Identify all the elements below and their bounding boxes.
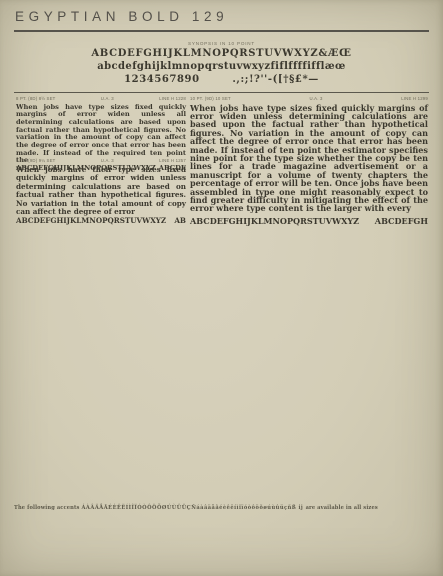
specimen-ua-label: U.A. 3 — [309, 96, 322, 101]
specimen-ua-label: U.A. 3 — [101, 158, 114, 163]
specimen-size-label: 10 PT. (9D) 10 SET — [190, 96, 231, 101]
synopsis-lowercase-line: abcdefghijklmnopqrstuvwxyzfiflffffifflæœ — [0, 61, 443, 72]
synopsis-uppercase-line: ABCDEFGHIJKLMNOPQRSTUVWXYZ&ÆŒ — [0, 48, 443, 59]
accents-availability-note: The following accents ÁÀÂÄÅÃÉÈÊËÍÌÎÏÓÒÔÖ… — [14, 505, 429, 511]
synopsis-figures-line: 1234567890 .,:;!?''-([†§£*— — [0, 74, 443, 85]
synopsis-rule — [14, 92, 429, 93]
specimen-size-label: 9 PT. (9D) 9¼ SET — [16, 158, 55, 163]
specimen-line-label: LINE H 1228 — [159, 96, 186, 101]
specimen-alphabet-line: ABCDEFGHIJKLMNOPQRSTUVWXYZ AB — [16, 217, 186, 226]
specimen-paragraph: When jobs have their type sizes fixed qu… — [16, 166, 186, 217]
specimen-header: 10 PT. (9D) 10 SET U.A. 3 LINE H 1299 — [190, 96, 428, 101]
specimen-section-10pt: 10 PT. (9D) 10 SET U.A. 3 LINE H 1299 Wh… — [190, 96, 428, 225]
specimen-line-label: LINE H 1299 — [401, 96, 428, 101]
specimen-header: 9 PT. (9D) 9¼ SET U.A. 3 LINE H 1257 — [16, 158, 186, 163]
specimen-paragraph: When jobs have type sizes fixed quickly … — [190, 104, 428, 213]
specimen-paragraph: When jobs have type sizes fixed quickly … — [16, 104, 186, 166]
synopsis-caption: SYNOPSIS IN 10 POINT — [0, 41, 443, 46]
specimen-header: 8 PT. (8D) 8½ SET U.A. 3 LINE H 1228 — [16, 96, 186, 101]
specimen-line-label: LINE H 1257 — [159, 158, 186, 163]
accents-note-suffix: are available in all sizes — [306, 505, 378, 511]
specimen-section-9pt: 9 PT. (9D) 9¼ SET U.A. 3 LINE H 1257 Whe… — [16, 158, 186, 225]
specimen-alphabet-line: ABCDEFGHIJKLMNOPQRSTUVWXYZ ABCDEFGH — [190, 217, 428, 225]
specimen-ua-label: U.A. 3 — [101, 96, 114, 101]
specimen-size-label: 8 PT. (8D) 8½ SET — [16, 96, 55, 101]
page-title: EGYPTIAN BOLD 129 — [15, 9, 228, 24]
title-rule — [14, 30, 429, 32]
accents-glyphs: ÁÀÂÄÅÃÉÈÊËÍÌÎÏÓÒÔÖÕØÚÙÛÜÇÑáàâäåãéèêëíìîï… — [81, 505, 305, 511]
specimen-page: EGYPTIAN BOLD 129 SYNOPSIS IN 10 POINT A… — [0, 0, 443, 576]
accents-note-prefix: The following accents — [14, 505, 81, 511]
